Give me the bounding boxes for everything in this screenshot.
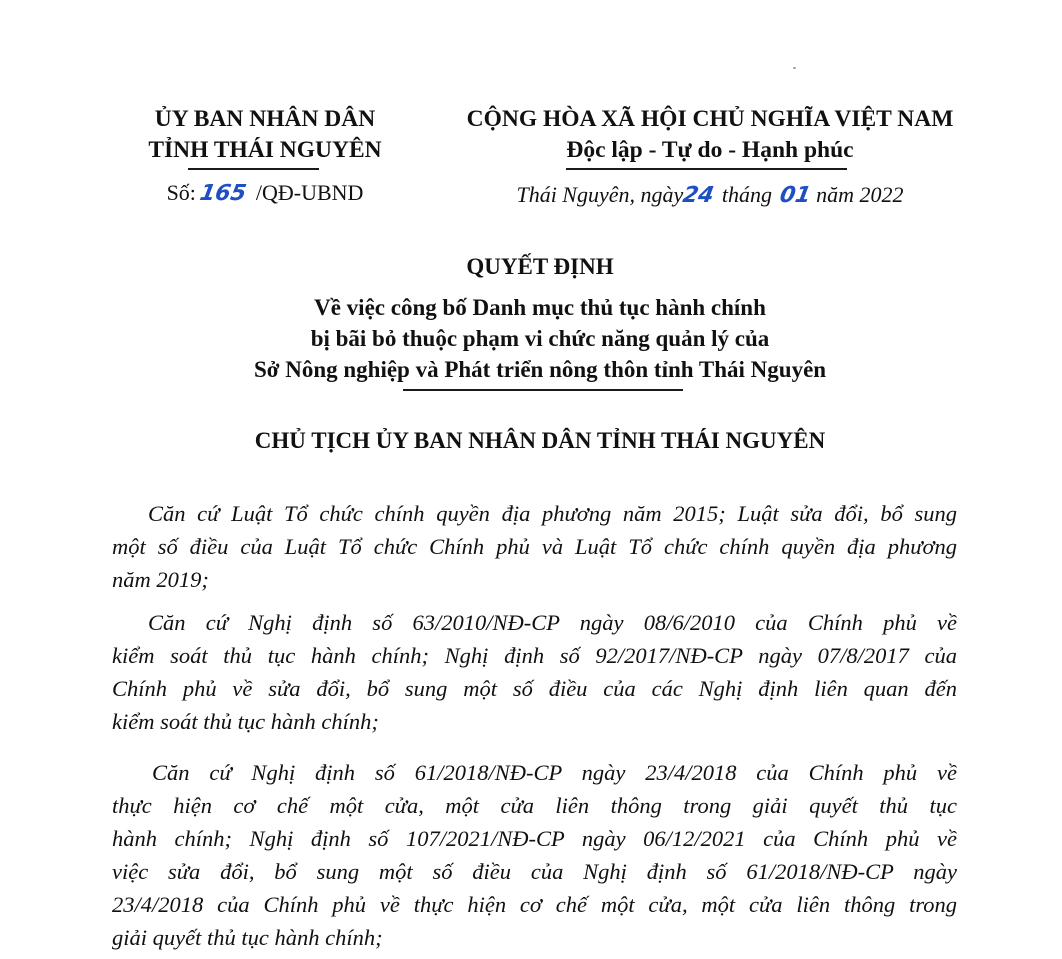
date-year: năm 2022 (816, 182, 903, 207)
legal-basis-paragraph-1: Căn cứ Luật Tổ chức chính quyền địa phươ… (112, 497, 957, 596)
subtitle-line: bị bãi bỏ thuộc phạm vi chức năng quản l… (0, 323, 1062, 354)
date-prefix: Thái Nguyên, ngày (516, 182, 683, 207)
document-title: QUYẾT ĐỊNH (0, 254, 1062, 280)
date-month-handwritten: 01 (777, 183, 812, 208)
paragraph-line: Căn cứ Nghị định số 63/2010/NĐ-CP ngày 0… (112, 606, 957, 639)
legal-basis-paragraph-2: Căn cứ Nghị định số 63/2010/NĐ-CP ngày 0… (112, 606, 957, 738)
issuer-line-1: ỦY BAN NHÂN DÂN (100, 104, 430, 135)
document-number-suffix: /QĐ-UBND (256, 180, 364, 205)
paragraph-line: Chính phủ về sửa đổi, bổ sung một số điề… (112, 672, 957, 705)
legal-basis-paragraph-3: Căn cứ Nghị định số 61/2018/NĐ-CP ngày 2… (112, 756, 957, 954)
paragraph-line: kiểm soát thủ tục hành chính; Nghị định … (112, 639, 957, 672)
subtitle-underline (403, 389, 683, 391)
issue-date: Thái Nguyên, ngày24tháng 01năm 2022 (430, 182, 990, 208)
paragraph-line: việc sửa đổi, bổ sung một số điều của Ng… (112, 855, 957, 888)
date-day-handwritten: 24 (681, 183, 716, 208)
subtitle-line: Sở Nông nghiệp và Phát triển nông thôn t… (0, 354, 1062, 385)
paragraph-line: kiểm soát thủ tục hành chính; (112, 705, 957, 738)
motto-underline (566, 168, 847, 170)
document-number-handwritten: 165 (198, 181, 248, 206)
national-motto: Độc lập - Tự do - Hạnh phúc (430, 135, 990, 166)
national-title: CỘNG HÒA XÃ HỘI CHỦ NGHĨA VIỆT NAM (430, 104, 990, 135)
paragraph-line: thực hiện cơ chế một cửa, một cửa liên t… (112, 789, 957, 822)
issuer-block: ỦY BAN NHÂN DÂN TỈNH THÁI NGUYÊN (100, 104, 430, 166)
paragraph-line: hành chính; Nghị định số 107/2021/NĐ-CP … (112, 822, 957, 855)
national-block: CỘNG HÒA XÃ HỘI CHỦ NGHĨA VIỆT NAM Độc l… (430, 104, 990, 166)
document-subtitle: Về việc công bố Danh mục thủ tục hành ch… (0, 292, 1062, 385)
paragraph-line: 23/4/2018 của Chính phủ về thực hiện cơ … (112, 888, 957, 921)
subtitle-line: Về việc công bố Danh mục thủ tục hành ch… (0, 292, 1062, 323)
paragraph-line: một số điều của Luật Tổ chức Chính phủ v… (112, 530, 957, 563)
scan-speck (793, 67, 796, 69)
document-number: Số:165/QĐ-UBND (100, 180, 430, 206)
paragraph-line: Căn cứ Luật Tổ chức chính quyền địa phươ… (112, 497, 957, 530)
paragraph-line: năm 2019; (112, 563, 957, 596)
paragraph-line: giải quyết thủ tục hành chính; (112, 921, 957, 954)
issuer-line-2: TỈNH THÁI NGUYÊN (100, 135, 430, 166)
paragraph-line: Căn cứ Nghị định số 61/2018/NĐ-CP ngày 2… (112, 756, 957, 789)
document-number-prefix: Số: (167, 180, 196, 205)
date-month-label: tháng (722, 182, 772, 207)
authority-heading: CHỦ TỊCH ỦY BAN NHÂN DÂN TỈNH THÁI NGUYÊ… (0, 428, 1062, 454)
issuer-underline (188, 168, 319, 170)
